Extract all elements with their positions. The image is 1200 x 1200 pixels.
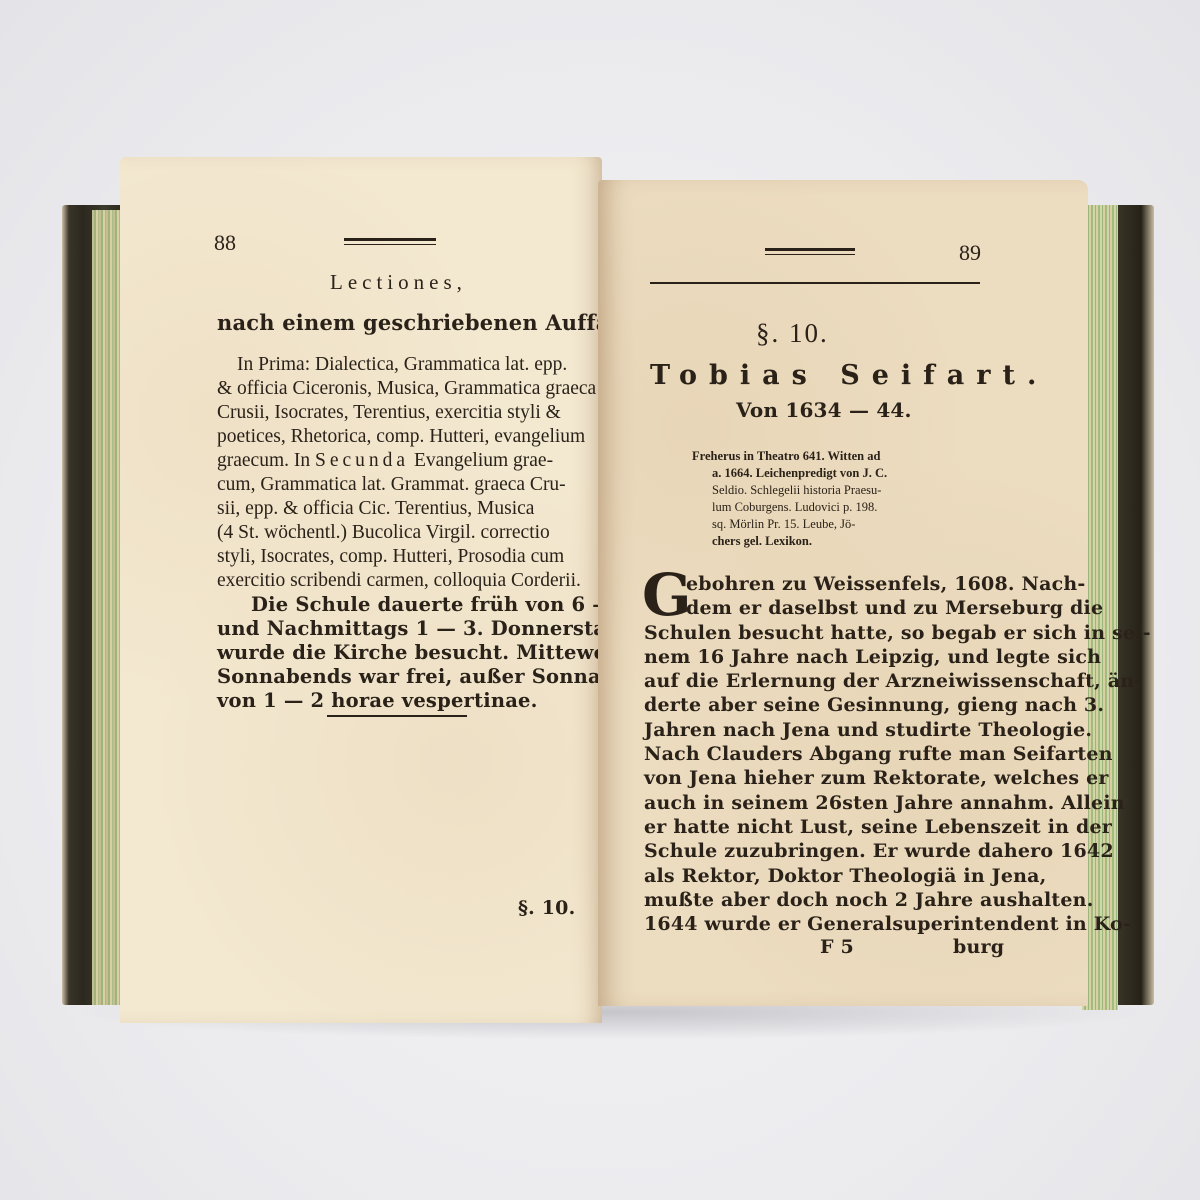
text-line: Crusii, Isocrates, Terentius, exercitia … xyxy=(217,401,561,425)
text-line: In Prima: Dialectica, Grammatica lat. ep… xyxy=(237,353,567,377)
text-line: Schule zuzubringen. Er wurde dahero 1642 xyxy=(644,839,1114,863)
text-fragment: graecum. In xyxy=(217,450,310,471)
text-line: exercitio scribendi carmen, colloquia Co… xyxy=(217,569,581,593)
header-rule xyxy=(344,238,436,245)
left-page: 88 Lectiones, nach einem geschriebenen A… xyxy=(120,157,602,1023)
ref-line: Freherus in Theatro 641. Witten ad xyxy=(692,448,880,465)
text-line: cum, Grammatica lat. Grammat. graeca Cru… xyxy=(217,473,566,497)
text-line: dem er daselbst und zu Merseburg die xyxy=(686,596,1103,620)
drop-cap: G xyxy=(642,566,692,624)
text-line: nem 16 Jahre nach Leipzig, und legte sic… xyxy=(644,645,1101,669)
text-line: Jahren nach Jena und studirte Theologie. xyxy=(644,718,1092,742)
ref-line: Seldio. Schlegelii historia Praesu- xyxy=(712,482,881,499)
text-line: er hatte nicht Lust, seine Lebenszeit in… xyxy=(644,815,1112,839)
text-line: Nach Clauders Abgang rufte man Seifarten xyxy=(644,742,1113,766)
right-page: 89 §. 10. Tobias Seifart. Von 1634 — 44.… xyxy=(598,180,1088,1006)
text-line: 1644 wurde er Generalsuperintendent in K… xyxy=(644,912,1131,936)
text-line: von 1 — 2 horae vespertinae. xyxy=(217,689,538,713)
text-line: auf die Erlernung der Arzneiwissenschaft… xyxy=(644,669,1142,693)
text-line: auch in seinem 26sten Jahre annahm. Alle… xyxy=(644,791,1125,815)
section-years: Von 1634 — 44. xyxy=(736,398,912,422)
emphasis-secunda: Secunda xyxy=(315,450,409,471)
text-line: als Rektor, Doktor Theologiä in Jena, xyxy=(644,864,1046,888)
header-rule xyxy=(765,248,855,255)
ref-line: a. 1664. Leichenpredigt von J. C. xyxy=(712,465,887,482)
text-line: poetices, Rhetorica, comp. Hutteri, evan… xyxy=(217,425,585,449)
text-line: graecum. In Secunda Evangelium grae- xyxy=(217,449,553,473)
header-divider xyxy=(650,282,980,284)
text-line: ebohren zu Weissenfels, 1608. Nach- xyxy=(686,572,1085,596)
section-number: §. 10. xyxy=(756,318,829,349)
text-line: von Jena hieher zum Rektorate, welches e… xyxy=(644,766,1109,790)
ref-line: chers gel. Lexikon. xyxy=(712,533,812,550)
catchword: §. 10. xyxy=(518,897,575,919)
end-rule xyxy=(327,715,467,717)
running-title: Lectiones, xyxy=(330,270,467,295)
text-line: & officia Ciceronis, Musica, Grammatica … xyxy=(217,377,596,401)
ref-line: lum Coburgens. Ludovici p. 198. xyxy=(712,499,877,516)
signature-mark: F 5 xyxy=(820,936,854,958)
catchword: burg xyxy=(953,936,1004,958)
section-title: Tobias Seifart. xyxy=(650,360,1048,391)
text-line: styli, Isocrates, comp. Hutteri, Prosodi… xyxy=(217,545,564,569)
text-line: Schulen besucht hatte, so begab er sich … xyxy=(644,621,1151,645)
text-line: mußte aber doch noch 2 Jahre aushalten. xyxy=(644,888,1094,912)
page-number: 88 xyxy=(214,230,236,256)
text-line: derte aber seine Gesinnung, gieng nach 3… xyxy=(644,693,1104,717)
ref-line: sq. Mörlin Pr. 15. Leube, Jö- xyxy=(712,516,855,533)
text-line: (4 St. wöchentl.) Bucolica Virgil. corre… xyxy=(217,521,550,545)
text-fragment: Evangelium grae- xyxy=(414,450,553,471)
text-line: Die Schule dauerte früh von 6 — 9. xyxy=(251,593,640,617)
text-line: sii, epp. & officia Cic. Terentius, Musi… xyxy=(217,497,534,521)
page-number: 89 xyxy=(959,240,981,266)
